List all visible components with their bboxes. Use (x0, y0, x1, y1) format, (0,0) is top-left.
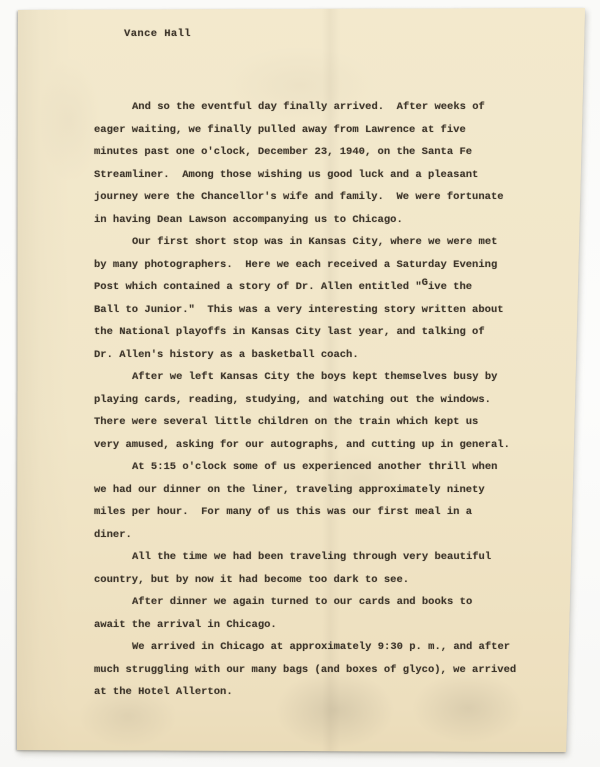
text-segment: ive the (428, 281, 472, 293)
text-line: we had our dinner on the liner, travelin… (94, 479, 564, 502)
text-line: There were several little children on th… (94, 411, 564, 434)
author-name: Vance Hall (124, 28, 191, 40)
text-line: at the Hotel Allerton. (94, 681, 564, 704)
text-line: And so the eventful day finally arrived.… (94, 96, 564, 119)
text-line: At 5:15 o'clock some of us experienced a… (94, 456, 564, 479)
text-line: Ball to Junior." This was a very interes… (94, 299, 564, 322)
text-line: much struggling with our many bags (and … (94, 659, 564, 682)
text-line: by many photographers. Here we each rece… (94, 254, 564, 277)
text-line: playing cards, reading, studying, and wa… (94, 389, 564, 412)
paper-shadow: Vance Hall And so the eventful day final… (0, 0, 600, 767)
text-line: Streamliner. Among those wishing us good… (94, 164, 564, 187)
text-line: Our first short stop was in Kansas City,… (94, 231, 564, 254)
typed-body: And so the eventful day finally arrived.… (94, 96, 564, 704)
raised-character: G (422, 277, 428, 289)
text-line: country, but by now it had become too da… (94, 569, 564, 592)
text-line: await the arrival in Chicago. (94, 614, 564, 637)
scanner-background: Vance Hall And so the eventful day final… (0, 0, 600, 767)
text-line: After dinner we again turned to our card… (94, 591, 564, 614)
text-line: the National playoffs in Kansas City las… (94, 321, 564, 344)
text-line: very amused, asking for our autographs, … (94, 434, 564, 457)
text-line: Dr. Allen's history as a basketball coac… (94, 344, 564, 367)
text-line: We arrived in Chicago at approximately 9… (94, 636, 564, 659)
text-line: eager waiting, we finally pulled away fr… (94, 119, 564, 142)
text-line: After we left Kansas City the boys kept … (94, 366, 564, 389)
text-line: Post which contained a story of Dr. Alle… (94, 276, 564, 299)
text-line: All the time we had been traveling throu… (94, 546, 564, 569)
text-line: journey were the Chancellor's wife and f… (94, 186, 564, 209)
text-line: miles per hour. For many of us this was … (94, 501, 564, 524)
text-line: in having Dean Lawson accompanying us to… (94, 209, 564, 232)
scanned-page: Vance Hall And so the eventful day final… (0, 0, 600, 767)
text-segment: Post which contained a story of Dr. Alle… (94, 281, 422, 293)
text-line: minutes past one o'clock, December 23, 1… (94, 141, 564, 164)
text-line: diner. (94, 524, 564, 547)
